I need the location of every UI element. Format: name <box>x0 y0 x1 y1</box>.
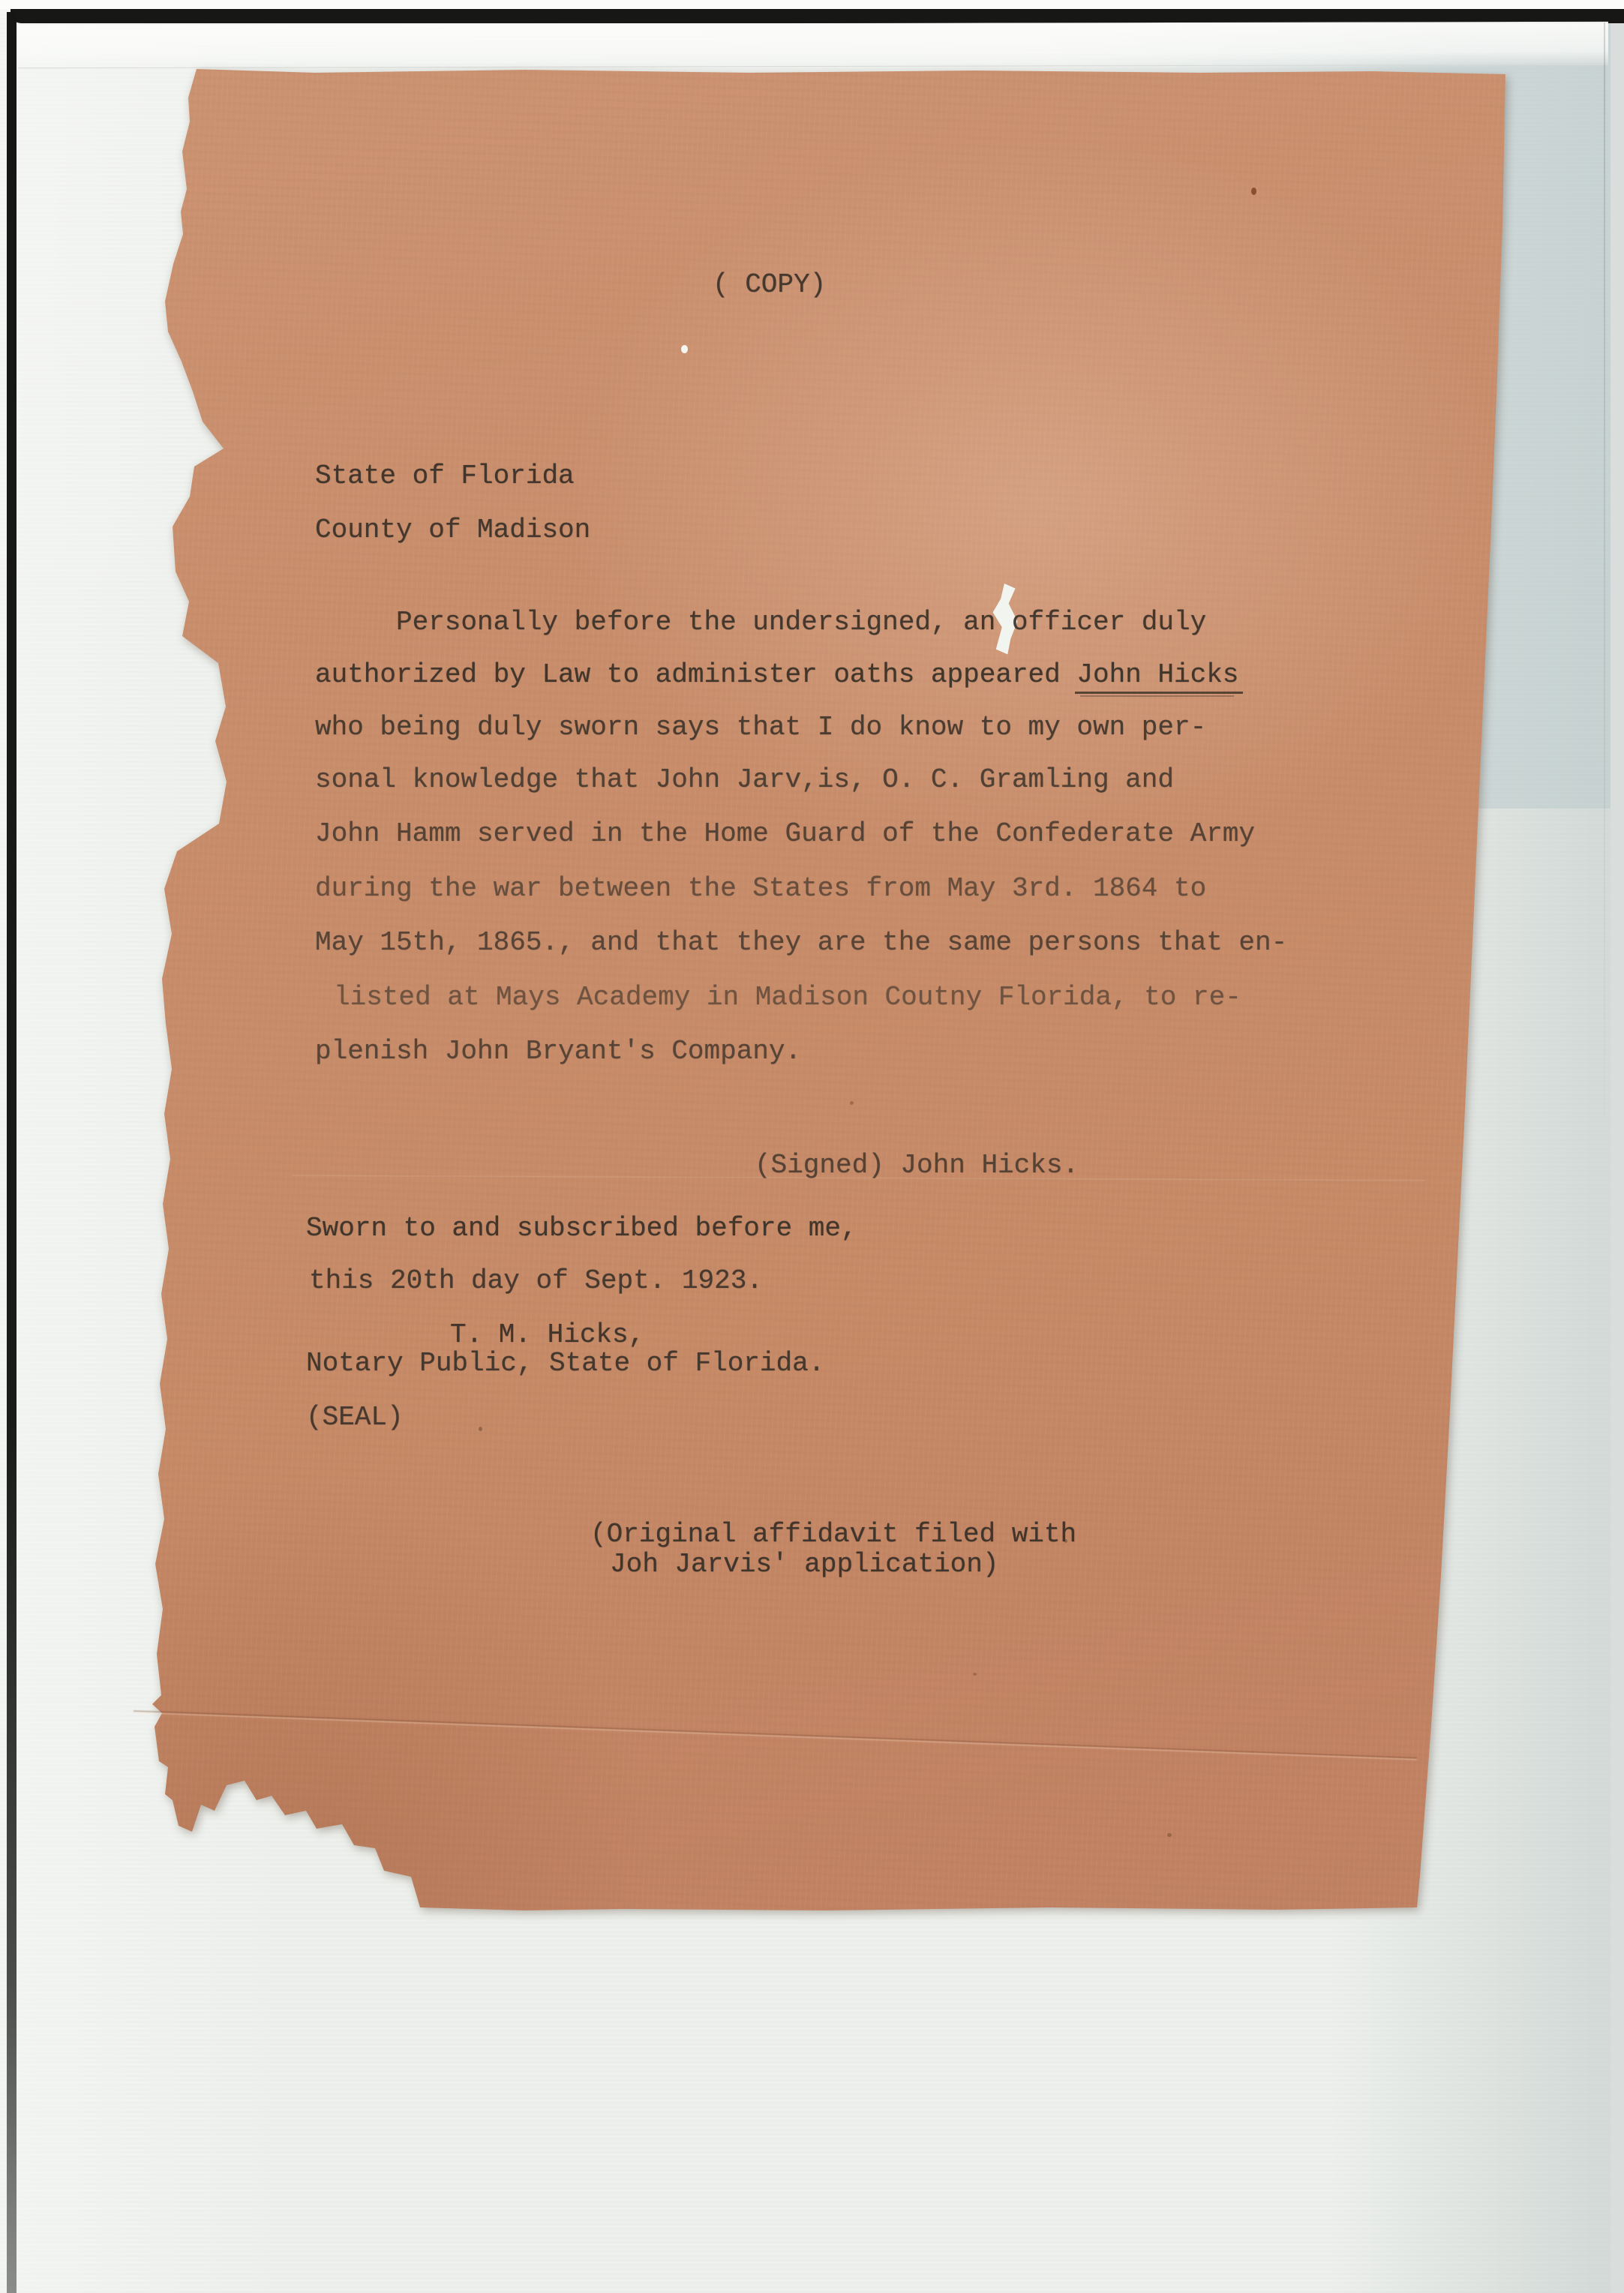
john-hicks-underline <box>1075 692 1243 694</box>
paper-speck <box>479 1427 482 1431</box>
copy-label: ( COPY) <box>713 269 826 301</box>
footnote-line: (Original affidavit filed with <box>590 1519 1076 1550</box>
county-line: County of Madison <box>315 515 590 546</box>
sworn-line: Sworn to and subscribed before me, <box>306 1213 857 1244</box>
body-line: May 15th, 1865., and that they are the s… <box>315 927 1287 959</box>
body-line: who being duly sworn says that I do know… <box>315 712 1206 743</box>
body-line: plenish John Bryant's Company. <box>315 1036 801 1067</box>
signed-line: (Signed) John Hicks. <box>755 1150 1079 1181</box>
john-hicks-underline-echo <box>1080 695 1234 697</box>
notary-name: T. M. Hicks, <box>450 1319 644 1351</box>
affidavit-paper <box>0 0 1624 2293</box>
notary-title: Notary Public, State of Florida. <box>306 1348 824 1379</box>
body-line: listed at Mays Academy in Madison Coutny… <box>334 982 1241 1013</box>
seal-line: (SEAL) <box>306 1402 404 1433</box>
body-line: authorized by Law to administer oaths ap… <box>315 659 1238 691</box>
paper-shadow <box>0 0 1624 2293</box>
paper-speck <box>1251 188 1256 195</box>
body-line: Personally before the undersigned, an of… <box>396 607 1206 638</box>
body-line: sonal knowledge that John Jarv,is, O. C.… <box>315 764 1174 796</box>
body-line: John Hamm served in the Home Guard of th… <box>315 818 1255 850</box>
paper-speck <box>1167 1833 1172 1837</box>
body-line: during the war between the States from M… <box>315 873 1206 905</box>
footnote-line: Joh Jarvis' application) <box>610 1549 998 1580</box>
paper-speck <box>973 1673 977 1676</box>
date-line: this 20th day of Sept. 1923. <box>309 1265 763 1297</box>
paper-fleck <box>681 345 688 353</box>
state-line: State of Florida <box>315 461 575 492</box>
scanned-document-page: ( COPY) State of Florida County of Madis… <box>0 0 1624 2293</box>
paper-speck <box>850 1101 854 1105</box>
